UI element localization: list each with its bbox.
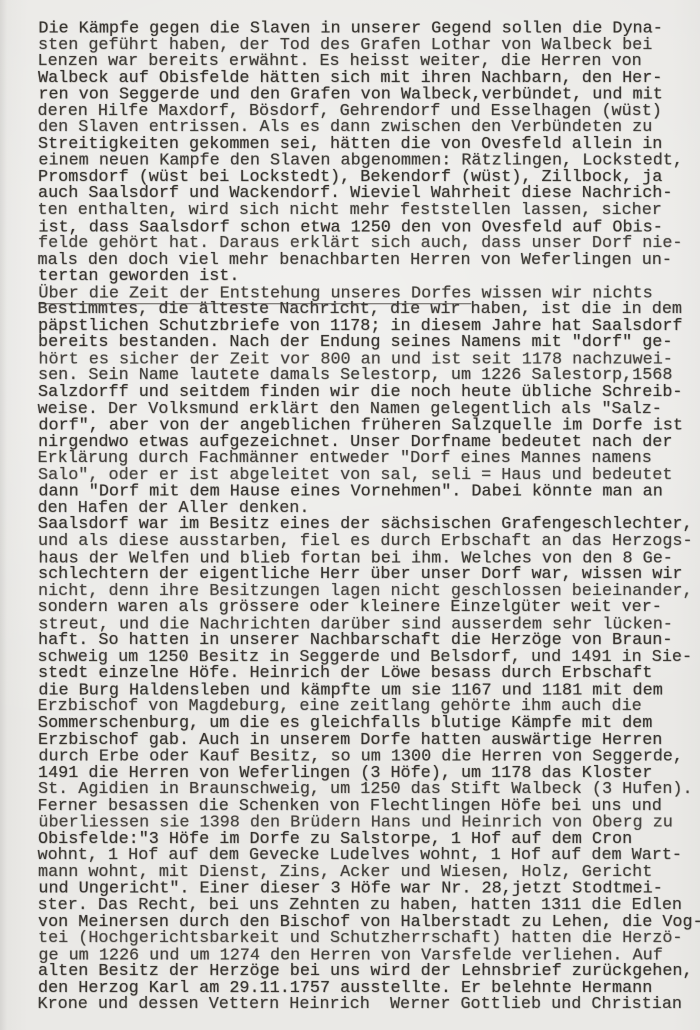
- text-line: dorf", aber von der angeblichen früheren…: [38, 418, 694, 435]
- text-line: haus der Welfen und blieb fortan bei ihm…: [38, 551, 694, 568]
- scan-edge-smudge: [0, 0, 7, 1030]
- text-line: schweig um 1250 Besitz in Seggerde und B…: [38, 650, 694, 667]
- text-line: Krone und dessen Vettern Heinrich Werner…: [38, 997, 694, 1014]
- scanned-page: Die Kämpfe gegen die Slaven in unserer G…: [0, 0, 700, 1030]
- text-line: ster. Das Recht, bei uns Zehnten zu habe…: [38, 898, 694, 915]
- text-line: Lenzen war bereits erwähnt. Es heisst we…: [38, 54, 694, 71]
- text-line: den Hafen der Aller denken.: [38, 501, 694, 518]
- text-line: einem neuen Kampfe den Slaven abgenommen…: [38, 154, 694, 171]
- text-line: mals den doch viel mehr benachbarten Her…: [38, 253, 694, 270]
- text-line: überliessen sie 1398 den Brüdern Hans un…: [38, 816, 694, 833]
- text-line: Erzbischof von Magdeburg, eine zeitlang …: [38, 699, 694, 716]
- text-line: Bestimmtes, die älteste Nachricht, die w…: [38, 302, 694, 319]
- text-line: ge um 1226 und um 1274 den Herren von Va…: [38, 948, 694, 965]
- text-line: den Slaven entrissen. Als es dann zwisch…: [38, 120, 694, 137]
- text-line: durch Erbe oder Kauf Besitz, so um 1300 …: [38, 749, 694, 766]
- text-line: sen. Sein Name lautete damals Selestorp,…: [38, 368, 694, 385]
- typewritten-text: Die Kämpfe gegen die Slaven in unserer G…: [38, 21, 694, 1014]
- text-line: streut, und die Nachrichten darüber sind…: [38, 617, 694, 634]
